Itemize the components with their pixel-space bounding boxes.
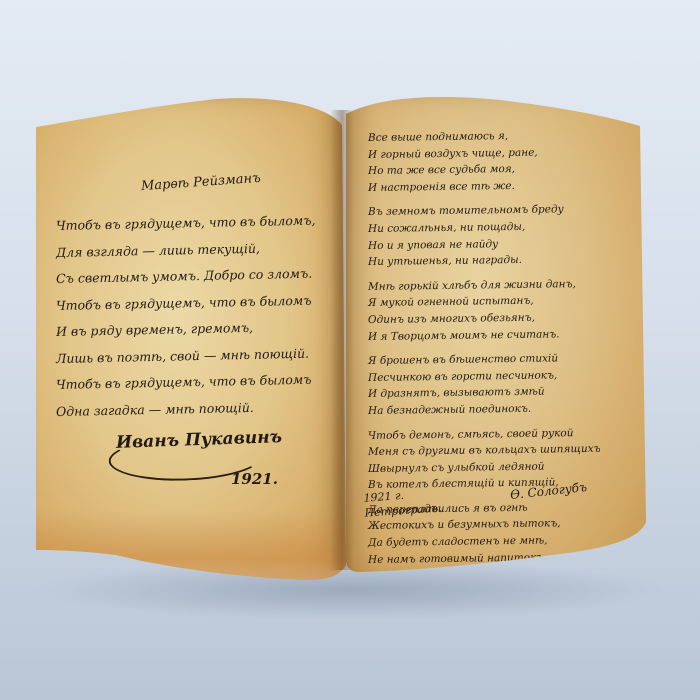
poem-line: И я Творцомъ моимъ не считанъ.: [368, 325, 601, 345]
left-signature: Иванъ Пукавинъ: [116, 427, 283, 453]
photo-scene: Марѳѣ Рейзманъ Чтобъ въ грядущемъ, что в…: [0, 0, 700, 700]
poem-line: И настроенія все тѣ же.: [368, 177, 601, 197]
stanza: Все выше поднимаюсь я, И горный воздухъ …: [368, 130, 601, 196]
poem-line: На безнадежный поединокъ.: [368, 400, 601, 420]
stanza: Въ земномъ томительномъ бреду Ни сожалѣн…: [368, 204, 601, 270]
left-page: Марѳѣ Рейзманъ Чтобъ въ грядущемъ, что в…: [36, 95, 346, 580]
right-page: Все выше поднимаюсь я, И горный воздухъ …: [340, 92, 650, 577]
stanza: Я брошенъ въ бѣшенство стихій Песчинкою …: [368, 353, 601, 419]
poem-line: Ни утѣшенья, ни награды.: [368, 251, 601, 271]
date-place: 1921 г. Петроградъ.: [363, 485, 442, 520]
poem-line: Одна загадка — мнѣ поющій.: [56, 393, 316, 425]
dedication-heading: Марѳѣ Рейзманъ: [141, 171, 262, 194]
stanza: Мнѣ горькій хлѣбъ для жизни данъ, Я муко…: [368, 279, 601, 345]
left-poem: Чтобъ въ грядущемъ, что въ быломъ, Для в…: [56, 213, 316, 425]
book-spine-gutter: [330, 110, 354, 570]
left-year: 1921.: [231, 470, 278, 488]
